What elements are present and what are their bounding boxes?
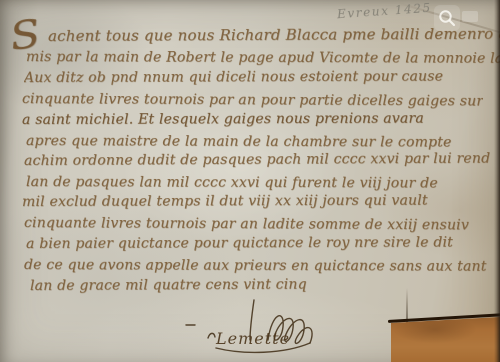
manuscript-line: achent tous que nous Richard Blacca pme … <box>48 25 500 45</box>
notary-signature: Lemette <box>158 298 358 358</box>
manuscript-line: apres que maistre de la main de la chamb… <box>26 133 452 150</box>
manuscript-line: mis par la main de Robert le page apud V… <box>26 49 500 67</box>
signature-name: Lemette <box>215 329 290 348</box>
manuscript-line: cinquante livres tournois par an pour pa… <box>22 91 483 109</box>
zoom-button[interactable] <box>434 5 460 31</box>
manuscript-line: lan de pasques lan mil cccc xxvi qui fur… <box>26 174 438 191</box>
manuscript-photo: Evreux 1425 S achent tous que nous Richa… <box>0 0 500 362</box>
manuscript-line: mil exclud duquel temps il dut viij xx x… <box>22 193 428 210</box>
manuscript-line: cinquante livres tournois par an ladite … <box>24 215 469 233</box>
signature-flourish: Lemette <box>158 298 358 358</box>
manuscript-line: a saint michiel. Et lesquelx gaiges nous… <box>22 111 424 128</box>
manuscript-line: a bien paier quictance pour quictance le… <box>26 235 453 252</box>
viewer-icon-ghost <box>462 11 478 22</box>
photo-right-edge <box>494 0 500 362</box>
magnifier-icon <box>437 8 457 28</box>
manuscript-line: Aux ditz ob pnd nnum qui diceli nous est… <box>24 69 443 86</box>
torn-corner-backing <box>391 312 500 362</box>
manuscript-line: achim ordonne dudit de pasques pach mil … <box>24 151 490 169</box>
manuscript-line: de ce que avons appelle aux prieurs en q… <box>24 257 487 275</box>
pencil-inscription: Evreux 1425 <box>337 1 433 22</box>
manuscript-line: lan de grace mil quatre cens vint cinq <box>30 277 307 294</box>
